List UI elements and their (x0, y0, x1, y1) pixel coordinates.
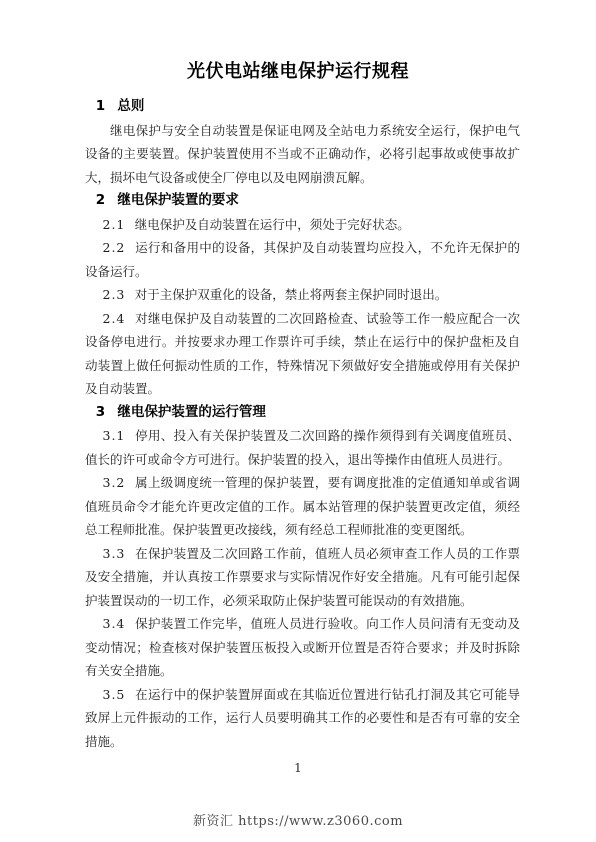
clause-number: 3.2 (103, 475, 126, 490)
clause-number: 3.5 (103, 687, 126, 702)
clause-text: 在运行中的保护装置屏面或在其临近位置进行钻孔打洞及其它可能导致屏上元件振动的工作… (85, 687, 520, 749)
clause-number: 2.3 (103, 287, 126, 302)
paragraph-intro: 继电保护与安全自动装置是保证电网及全站电力系统安全运行，保护电气设备的主要装置。… (85, 119, 520, 190)
clause-text: 继电保护及自动装置在运行中，须处于完好状态。 (135, 217, 410, 232)
section-title: 继电保护装置的运行管理 (117, 404, 266, 420)
clause-number: 2.4 (103, 311, 126, 326)
clause-number: 3.4 (103, 616, 126, 631)
clause-text: 对继电保护及自动装置的二次回路检查、试验等工作一般应配合一次设备停电进行。并按要… (85, 311, 520, 397)
clause-number: 2.2 (103, 240, 126, 255)
paragraph-2-4: 2.4对继电保护及自动装置的二次回路检查、试验等工作一般应配合一次设备停电进行。… (85, 307, 520, 401)
clause-number: 2.1 (103, 217, 126, 232)
clause-text: 停用、投入有关保护装置及二次回路的操作须得到有关调度值班员、值长的许可或命令方可… (85, 428, 520, 467)
page-number: 1 (0, 761, 596, 775)
paragraph-2-3: 2.3对于主保护双重化的设备，禁止将两套主保护同时退出。 (85, 283, 520, 307)
clause-number: 3.3 (103, 546, 126, 561)
document-page: 光伏电站继电保护运行规程 1总则 继电保护与安全自动装置是保证电网及全站电力系统… (0, 0, 596, 842)
section-number: 3 (96, 404, 105, 420)
paragraph-3-5: 3.5在运行中的保护装置屏面或在其临近位置进行钻孔打洞及其它可能导致屏上元件振动… (85, 683, 520, 754)
clause-text: 运行和备用中的设备，其保护及自动装置均应投入，不允许无保护的设备运行。 (85, 240, 520, 279)
clause-text: 保护装置工作完毕，值班人员进行验收。向工作人员问清有无变动及变动情况；检查核对保… (85, 616, 520, 678)
section-number: 2 (96, 192, 105, 208)
clause-text: 对于主保护双重化的设备，禁止将两套主保护同时退出。 (135, 287, 448, 302)
paragraph-2-1: 2.1继电保护及自动装置在运行中，须处于完好状态。 (85, 213, 520, 237)
clause-text: 在保护装置及二次回路工作前，值班人员必须审查工作人员的工作票及安全措施，并认真按… (85, 546, 520, 608)
clause-number: 3.1 (103, 428, 126, 443)
section-number: 1 (96, 98, 105, 114)
paragraph-2-2: 2.2运行和备用中的设备，其保护及自动装置均应投入，不允许无保护的设备运行。 (85, 236, 520, 283)
section-heading-3: 3继电保护装置的运行管理 (85, 401, 520, 425)
section-heading-2: 2继电保护装置的要求 (85, 189, 520, 213)
document-title: 光伏电站继电保护运行规程 (0, 0, 596, 86)
section-title: 总则 (117, 98, 144, 114)
section-heading-1: 1总则 (85, 95, 520, 119)
paragraph-3-1: 3.1停用、投入有关保护装置及二次回路的操作须得到有关调度值班员、值长的许可或命… (85, 424, 520, 471)
clause-text: 属上级调度统一管理的保护装置，要有调度批准的定值通知单或省调值班员命令才能允许更… (85, 475, 520, 537)
document-body: 1总则 继电保护与安全自动装置是保证电网及全站电力系统安全运行，保护电气设备的主… (85, 95, 520, 753)
paragraph-3-3: 3.3在保护装置及二次回路工作前，值班人员必须审查工作人员的工作票及安全措施，并… (85, 542, 520, 613)
paragraph-3-4: 3.4保护装置工作完毕，值班人员进行验收。向工作人员问清有无变动及变动情况；检查… (85, 612, 520, 683)
paragraph-3-2: 3.2属上级调度统一管理的保护装置，要有调度批准的定值通知单或省调值班员命令才能… (85, 471, 520, 542)
section-title: 继电保护装置的要求 (117, 192, 239, 208)
footer-watermark: 新资汇 https://www.z3060.com (0, 814, 596, 830)
